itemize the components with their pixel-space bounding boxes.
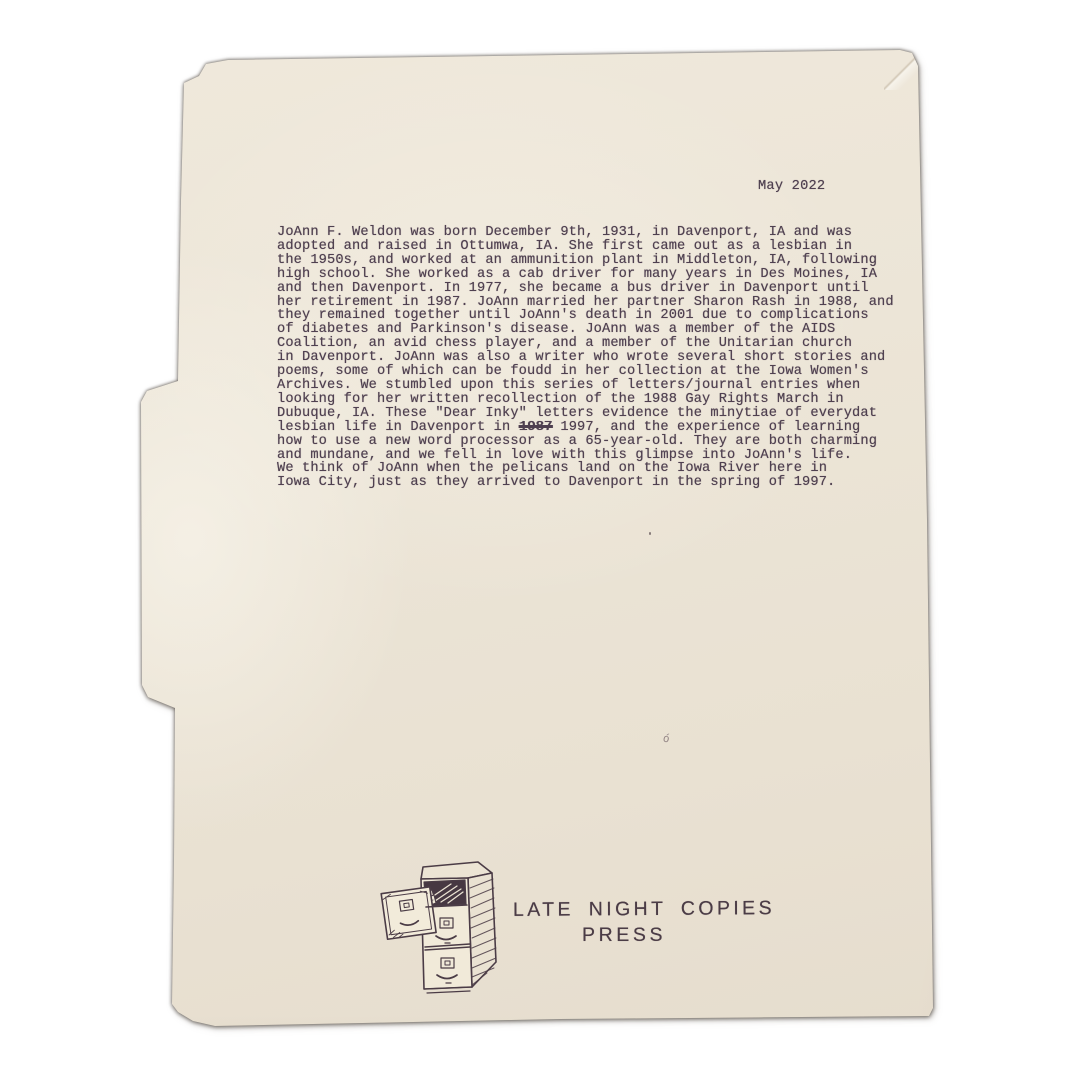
stray-ink-mark: ó xyxy=(662,731,672,745)
body-paragraph-2: how to use a new word processor as a 65-… xyxy=(277,435,937,491)
photo-background: May 2022 JoAnn F. Weldon was born Decemb… xyxy=(0,0,1080,1080)
body-text: JoAnn F. Weldon was born December 9th, 1… xyxy=(277,226,937,490)
folder-shadow: May 2022 JoAnn F. Weldon was born Decemb… xyxy=(0,0,1080,1080)
paper-speck xyxy=(649,532,651,535)
corner-fold-crease xyxy=(884,50,924,90)
file-folder-page: May 2022 JoAnn F. Weldon was born Decemb… xyxy=(0,0,1080,1080)
body-line-with-strikeout: lesbian life in Davenport in 1987 1997, … xyxy=(277,421,937,435)
overstruck-text: 1987 xyxy=(519,420,552,435)
publisher-stamp-line2: PRESS xyxy=(582,924,666,947)
publisher-stamp-line1: LATE NIGHT COPIES xyxy=(513,897,775,922)
body-paragraph-1: JoAnn F. Weldon was born December 9th, 1… xyxy=(277,226,937,421)
file-cabinet-icon xyxy=(371,846,511,1010)
strike-line-suffix: 1997, and the experience of learning xyxy=(552,420,860,435)
date-line: May 2022 xyxy=(758,179,825,194)
strike-line-prefix: lesbian life in Davenport in xyxy=(277,420,519,435)
